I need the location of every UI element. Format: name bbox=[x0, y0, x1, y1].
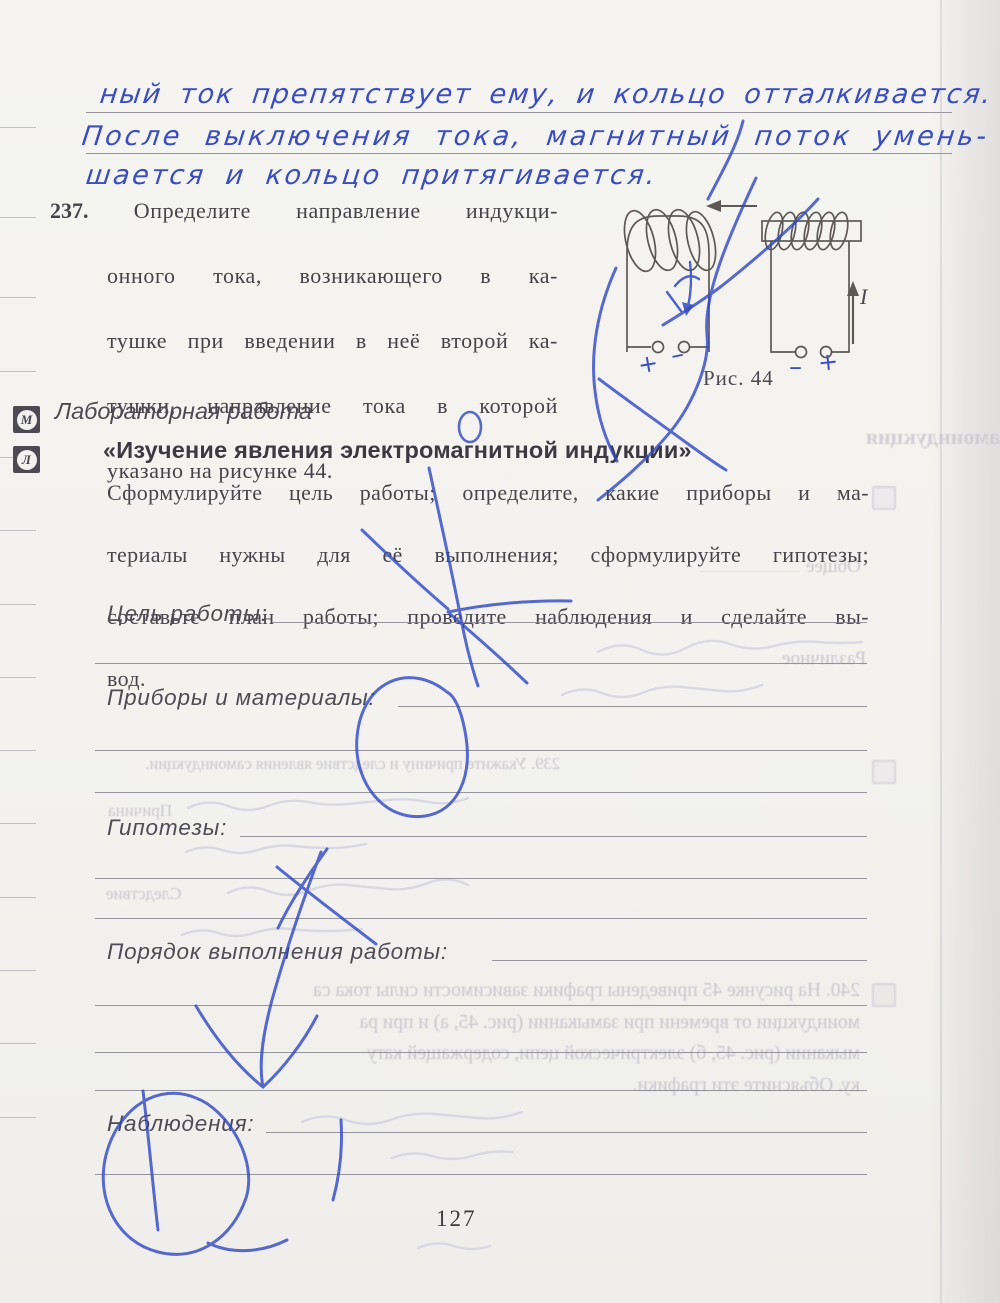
answer-line bbox=[95, 1174, 867, 1175]
answer-line bbox=[95, 878, 867, 879]
lab-kicker: Лабораторная работа bbox=[55, 398, 312, 425]
page-number: 127 bbox=[436, 1206, 477, 1232]
motion-arrow-icon bbox=[706, 200, 757, 212]
handwritten-answer-line-1: ный ток препятствует ему, и кольцо оттал… bbox=[98, 79, 994, 110]
right-coil bbox=[762, 211, 861, 358]
answer-line bbox=[272, 622, 867, 623]
handwritten-plus: + bbox=[817, 347, 840, 377]
goal-label: Цель работы: bbox=[107, 601, 268, 627]
margin-icon-letter: М bbox=[17, 410, 37, 430]
observations-label: Наблюдения: bbox=[107, 1111, 254, 1137]
margin-icon-lichnostnye: Л bbox=[13, 446, 40, 473]
answer-line bbox=[240, 836, 867, 837]
equipment-label: Приборы и материалы: bbox=[107, 685, 376, 711]
handwritten-answer-line-3: шается и кольцо притягивается. bbox=[84, 160, 659, 191]
answer-line bbox=[95, 792, 867, 793]
margin-icon-metapredmetnye: М bbox=[13, 406, 40, 433]
answer-line bbox=[492, 960, 867, 961]
answer-line bbox=[398, 706, 867, 707]
lab-title: «Изучение явления электромагнитной индук… bbox=[103, 437, 692, 464]
margin-icon-letter: Л bbox=[17, 450, 37, 470]
problem-number: 237. bbox=[50, 198, 89, 223]
handwritten-answer-line-2: После выключения тока, магнитный поток у… bbox=[80, 121, 991, 152]
handwriting-rule bbox=[86, 112, 952, 113]
figure-current-label: I bbox=[860, 284, 867, 310]
left-coil bbox=[619, 207, 721, 353]
answer-line bbox=[95, 1090, 867, 1091]
answer-line bbox=[95, 1052, 867, 1053]
answer-line bbox=[95, 918, 867, 919]
handwriting-rule bbox=[86, 153, 952, 154]
procedure-label: Порядок выполнения работы: bbox=[107, 939, 448, 965]
lab-intro: Сформулируйте цель работы; определите, к… bbox=[107, 477, 869, 694]
workbook-page: { "page": {"number": "127"}, "colors": {… bbox=[0, 0, 1000, 1303]
answer-line bbox=[95, 663, 867, 664]
figure-caption: Рис. 44 bbox=[703, 366, 774, 391]
answer-line bbox=[95, 750, 867, 751]
hypotheses-label: Гипотезы: bbox=[107, 815, 227, 841]
answer-line bbox=[95, 1005, 867, 1006]
answer-line bbox=[266, 1132, 867, 1133]
handwritten-minus: – bbox=[789, 352, 802, 382]
